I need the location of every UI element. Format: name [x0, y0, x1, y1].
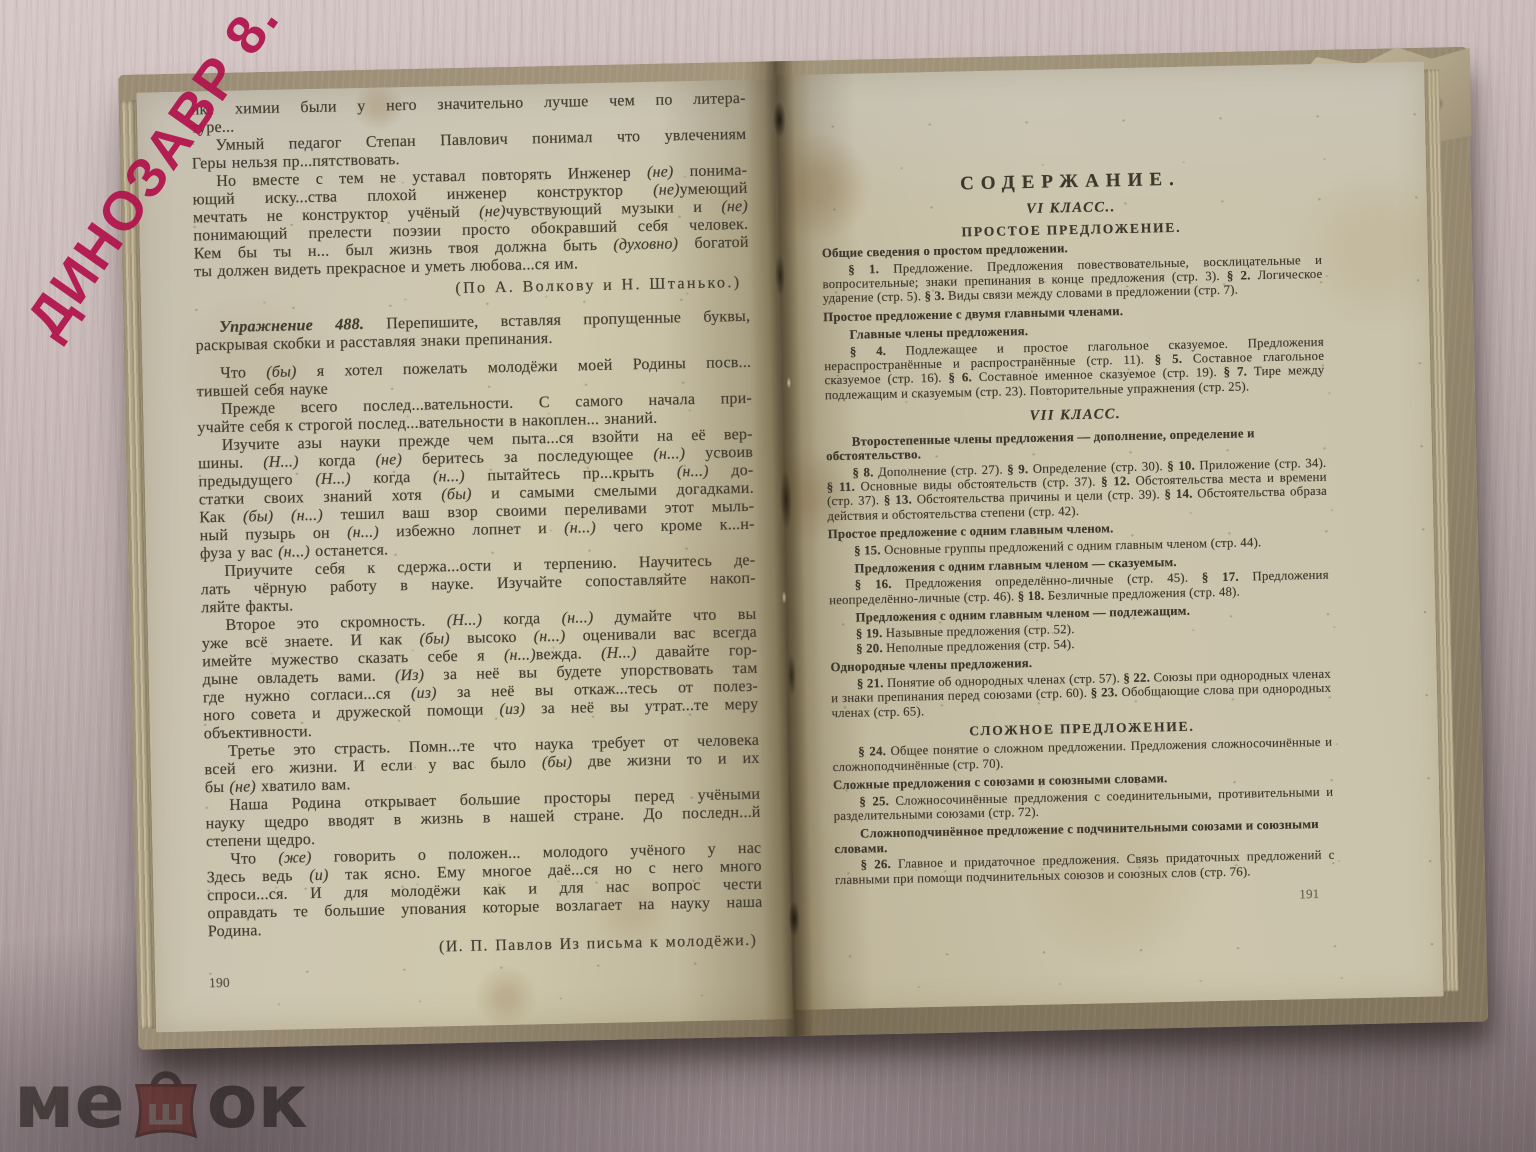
- contents-title: СОДЕРЖАНИЕ.: [820, 170, 1320, 195]
- left-page-text: ике химии были у него значительно лучше …: [191, 90, 765, 992]
- paragraph-block: Что (бы) я хотел пожелать молодёжи моей …: [196, 354, 763, 941]
- toc-line: VI КЛАСС..: [821, 196, 1321, 221]
- meshok-bag-icon: ш: [127, 1059, 205, 1145]
- photo-scene: ике химии были у него значительно лучше …: [0, 0, 1536, 1152]
- toc-line: § 8. Дополнение (стр. 27). § 9. Определе…: [826, 455, 1327, 523]
- table-of-contents: СОДЕРЖАНИЕ. VI КЛАСС..ПРОСТОЕ ПРЕДЛОЖЕНИ…: [820, 170, 1335, 912]
- paragraph-block: ике химии были у него значительно лучше …: [191, 90, 750, 282]
- meshok-logo-prefix: ме: [14, 1059, 125, 1145]
- toc-line: § 21. Понятие об однородных членах (стр.…: [831, 667, 1332, 721]
- right-page: СОДЕРЖАНИЕ. VI КЛАСС..ПРОСТОЕ ПРЕДЛОЖЕНИ…: [776, 62, 1443, 1010]
- left-page: ике химии были у него значительно лучше …: [136, 79, 793, 1032]
- meshok-logo: ме ш ок: [14, 1052, 308, 1152]
- toc-line: § 4. Подлежащее и простое глагольное ска…: [824, 334, 1325, 402]
- exercise-number-label: Упражнение 488.: [219, 316, 364, 336]
- contents-entries: VI КЛАСС..ПРОСТОЕ ПРЕДЛОЖЕНИЕ.Общие свед…: [821, 196, 1335, 887]
- toc-line: § 1. Предложение. Предложения повествова…: [822, 252, 1323, 306]
- meshok-logo-suffix: ок: [207, 1059, 308, 1145]
- svg-text:ш: ш: [146, 1090, 185, 1133]
- right-page-number: 191: [835, 887, 1319, 912]
- left-page-number: 190: [209, 963, 764, 993]
- exercise-488-heading: Упражнение 488. Перепишите, вставляя про…: [195, 308, 751, 356]
- open-book: ике химии были у него значительно лучше …: [118, 47, 1488, 1050]
- toc-line: VII КЛАСС.: [825, 403, 1325, 428]
